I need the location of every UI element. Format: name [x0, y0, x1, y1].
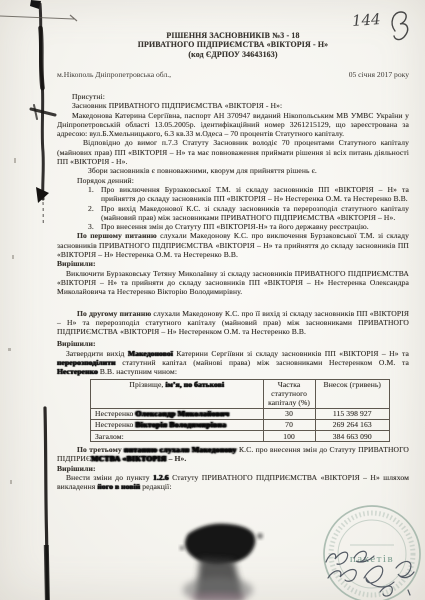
question1-lead: По першому питанню: [77, 231, 157, 240]
table-total-row: Загалом: 100 384 663 090: [91, 431, 390, 442]
total-share-cell: 100: [263, 431, 315, 442]
agenda-item-number: 3.: [88, 222, 101, 231]
scan-speck: [12, 255, 14, 259]
agenda-item-text: Про внесення змін до Статуту ПП «ВІКТОРІ…: [101, 222, 409, 231]
share-cell: 70: [263, 419, 315, 430]
resolution-3-seg: Внести зміни до пункту: [66, 473, 153, 482]
ink-blot: [160, 518, 310, 600]
smudged-name: Олександр Миколайович: [135, 409, 229, 418]
table-header-row: Прізвище, ім’я, по батькові Частка стату…: [91, 379, 390, 408]
quorum-line: Збори засновників є повноважними, кворум…: [57, 166, 409, 175]
agenda-item-number: 2.: [88, 204, 101, 223]
smudged-word: Македонової: [128, 349, 173, 358]
resolution-2-seg: Затвердити вихід: [66, 349, 128, 358]
smudged-words: МСТВА «ВІКТОРІЯ: [91, 454, 166, 463]
resolution-2-seg: статутний капітал (майнові права) між за…: [116, 358, 409, 367]
document-title: РІШЕННЯ ЗАСНОВНИКІВ №3 - 18 ПРИВАТНОГО П…: [57, 31, 409, 59]
total-amount-cell: 384 663 090: [315, 431, 389, 442]
scanned-document-page: 144 РІШЕННЯ ЗАСНОВНИКІВ №3 - 18 ПРИВАТНО…: [0, 0, 425, 600]
handwritten-flourish: [385, 5, 415, 43]
agenda-item-1: 1. Про виключення Бурзаковської Т.М. зі …: [88, 185, 409, 204]
smudged-words: його в новій: [97, 482, 140, 491]
authority-clause: Відповідно до вимог п.7.3 Статуту Заснов…: [57, 138, 409, 166]
resolution-2-seg: В.В. наступним чином:: [98, 367, 177, 376]
place-date-row: м.Нікополь Дніпропетровська обл., 05 січ…: [57, 70, 409, 79]
date-text: 05 січня 2017 року: [349, 70, 409, 79]
question3-paragraph: По третьому питанню слухали Македонову К…: [57, 445, 409, 464]
title-line-1: РІШЕННЯ ЗАСНОВНИКІВ №3 - 18: [57, 31, 409, 40]
signature-scribble: [320, 546, 422, 600]
question3-lead: По третьому: [77, 445, 124, 454]
header-amount-cell: Внесок (гривень): [315, 379, 389, 408]
document-body: Присутні: Засновник ПРИВАТНОГО ПІДПРИЄМС…: [57, 92, 409, 492]
resolution-1: Виключити Бурзаковську Тетяну Миколаївну…: [57, 269, 409, 297]
resolution-2: Затвердити вихід Македонової Катерини Се…: [57, 349, 409, 377]
table-row: Нестеренко Олександр Миколайович 30 115 …: [91, 408, 390, 419]
header-name-text: Прізвище,: [129, 380, 165, 389]
smudged-words: питанню слухали Македонову: [124, 445, 237, 454]
question3-text: К.С. про внесення змін до Статуту: [237, 445, 358, 454]
title-line-3: (код ЄДРПОУ 34643163): [57, 50, 409, 59]
scan-speck: [14, 158, 16, 163]
agenda-label: Порядок денний:: [57, 176, 409, 185]
amount-cell: 269 264 163: [315, 419, 389, 430]
capital-shares-table: Прізвище, ім’я, по батькові Частка стату…: [90, 379, 390, 443]
scan-speck: [10, 480, 12, 484]
place-text: м.Нікополь Дніпропетровська обл.,: [57, 70, 171, 79]
resolved-label-3: Вирішили:: [57, 464, 409, 473]
agenda-item-number: 1.: [88, 185, 101, 204]
question3-text: – Н».: [167, 454, 187, 463]
smudged-word: перерозподілити: [57, 358, 116, 367]
founder-name: Нестеренко: [95, 409, 135, 418]
name-cell: Нестеренко Олександр Миколайович: [91, 408, 264, 419]
smudged-word: Нестеренко: [57, 367, 98, 376]
title-line-2: ПРИВАТНОГО ПІДПРИЄМСТВА «ВІКТОРІЯ - Н»: [57, 40, 409, 49]
smudged-word: ім’я, по батькові: [165, 380, 224, 389]
table-row: Нестеренко Вікторія Володимирівна 70 269…: [91, 419, 390, 430]
header-name-cell: Прізвище, ім’я, по батькові: [91, 379, 264, 408]
resolution-3: Внести зміни до пункту 1.2.6 Статуту ПРИ…: [57, 473, 409, 492]
resolved-label-1: Вирішили:: [57, 259, 409, 268]
total-label: Загалом:: [95, 432, 124, 441]
scan-speck: [8, 348, 11, 351]
agenda-item-text: Про виключення Бурзаковської Т.М. зі скл…: [101, 185, 409, 204]
question2-paragraph: По другому питанню слухали Македонову К.…: [57, 309, 409, 337]
founder-details: Македонова Катерина Сергіївна, паспорт А…: [57, 111, 409, 139]
question2-lead: По другому питанню: [77, 309, 151, 318]
header-share-cell: Частка статутного капіталу (%): [263, 379, 315, 408]
smudged-name: Вікторія Володимирівна: [135, 420, 226, 429]
amount-cell: 115 398 927: [315, 408, 389, 419]
agenda-item-text: Про вихід Македонової К.С. зі складу зас…: [101, 204, 409, 223]
clause-number: 1.2.6: [153, 473, 169, 482]
question1-paragraph: По першому питанню слухали Македонову К.…: [57, 231, 409, 259]
agenda-item-2: 2. Про вихід Македонової К.С. зі складу …: [88, 204, 409, 223]
founder-name: Нестеренко: [95, 420, 135, 429]
handwritten-page-number: 144: [351, 10, 381, 30]
total-label-cell: Загалом:: [91, 431, 264, 442]
share-cell: 30: [263, 408, 315, 419]
resolved-label-2: Вирішили:: [57, 339, 409, 348]
resolution-3-seg: редакції:: [140, 482, 171, 491]
agenda-item-3: 3. Про внесення змін до Статуту ПП «ВІКТ…: [88, 222, 409, 231]
name-cell: Нестеренко Вікторія Володимирівна: [91, 419, 264, 430]
founder-heading: Засновник ПРИВАТНОГО ПІДПРИЄМСТВА «ВІКТО…: [57, 101, 409, 110]
resolution-2-seg: Катерини Сергіївни зі складу засновників…: [173, 349, 409, 358]
present-label: Присутні:: [57, 92, 409, 101]
